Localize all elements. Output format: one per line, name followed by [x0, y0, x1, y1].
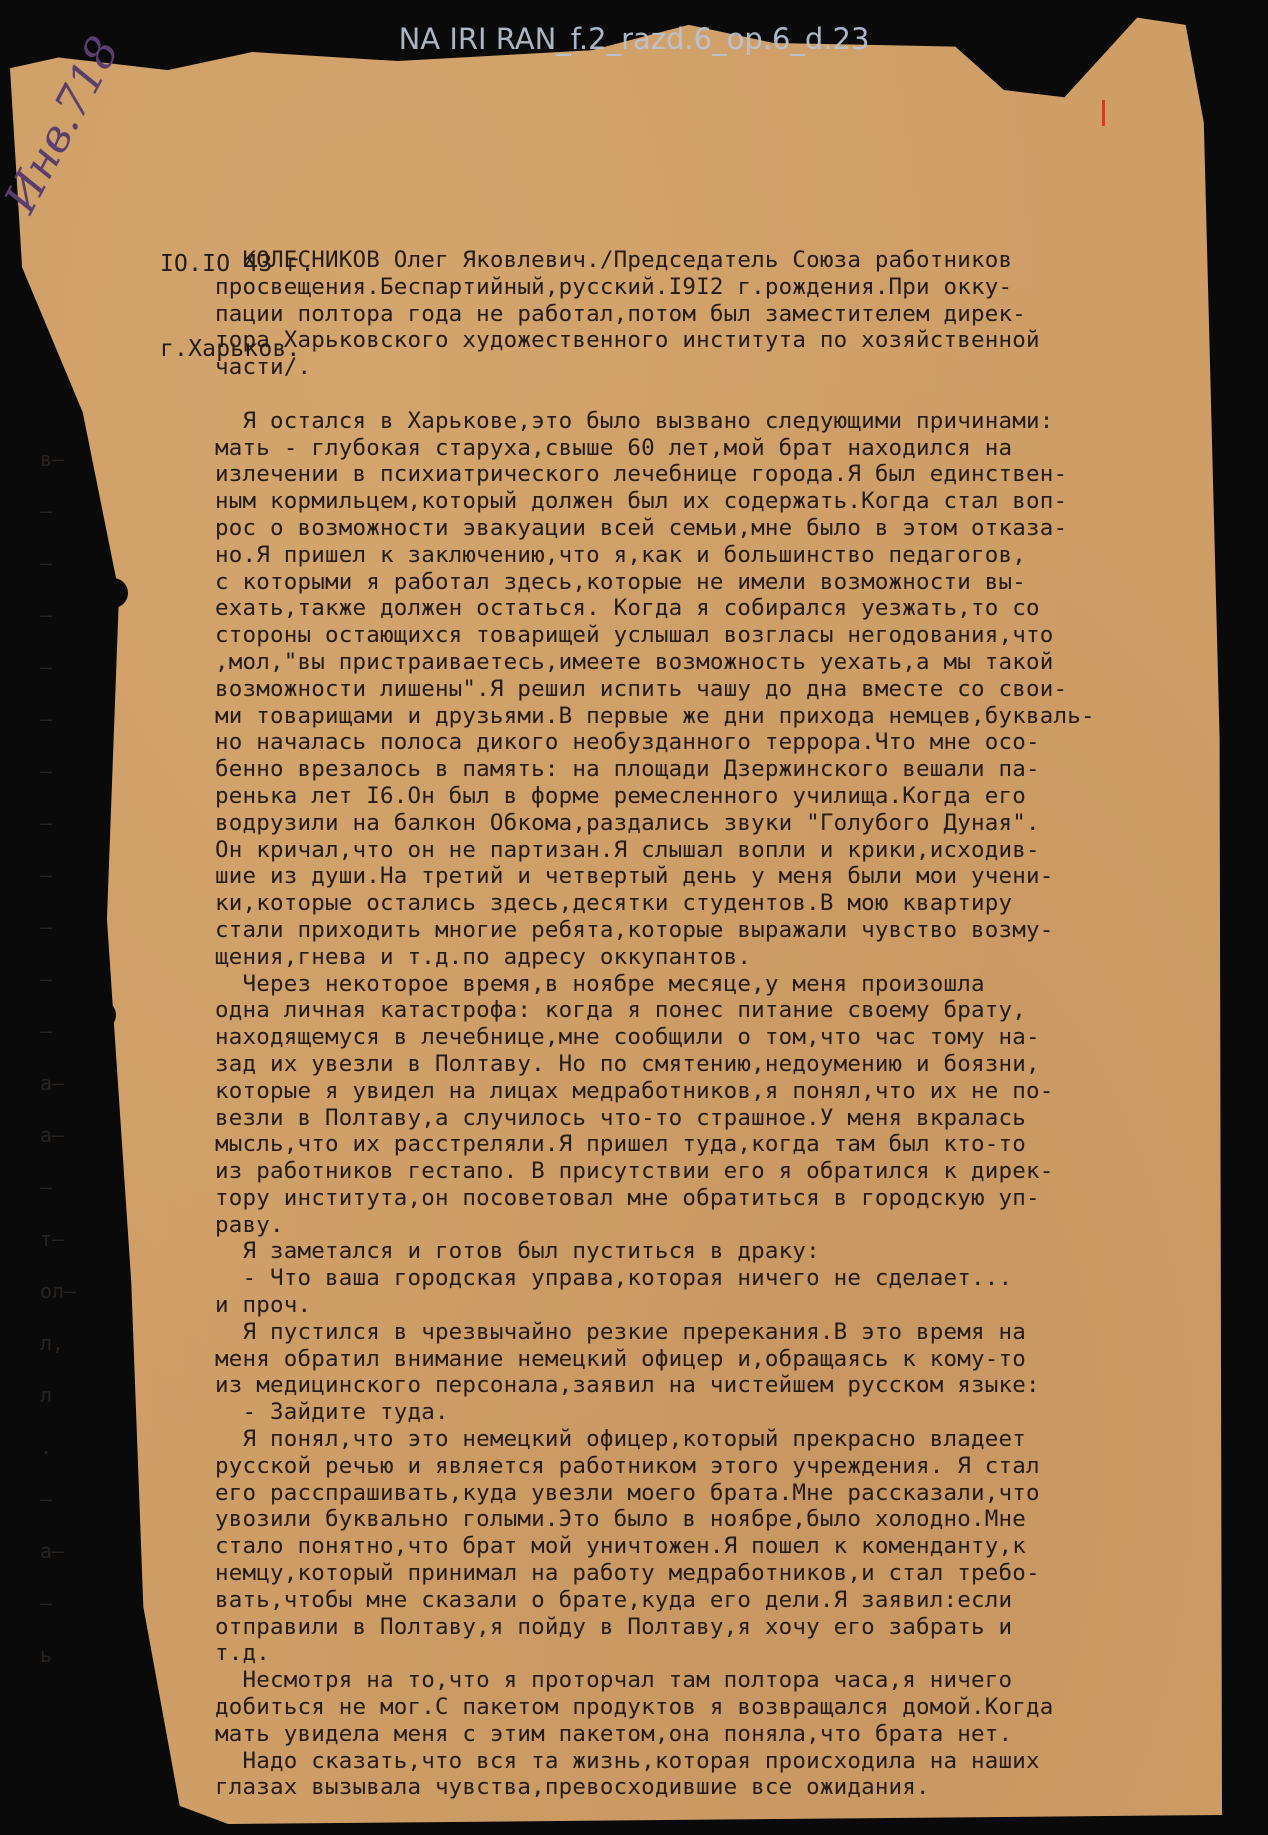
- text-line: его расспрашивать,куда увезли моего брат…: [215, 1480, 1095, 1507]
- text-line: т.д.: [215, 1640, 1095, 1667]
- margin-fragment: –: [40, 1017, 70, 1069]
- margin-fragment: –: [40, 549, 70, 601]
- left-margin-fragments: в––––––––––––а–а––т–ол–л,л.–а––ь: [40, 445, 70, 1795]
- punch-hole-top: [98, 578, 128, 608]
- archive-stamp: NA IRI RAN_f.2_razd.6_op.6_d.23: [0, 22, 1268, 56]
- text-line: Я понял,что это немецкий офицер,который …: [215, 1426, 1095, 1453]
- text-line: из медицинского персонала,заявил на чист…: [215, 1372, 1095, 1399]
- margin-fragment: т–: [40, 1225, 70, 1277]
- text-line: тора Харьковского художественного инстит…: [215, 327, 1095, 354]
- document-body: КОЛЕСНИКОВ Олег Яковлевич./Председатель …: [215, 247, 1095, 1801]
- text-line: излечении в психиатрического лечебнице г…: [215, 461, 1095, 488]
- text-line: ,мол,"вы пристраиваетесь,имеете возможно…: [215, 649, 1095, 676]
- text-line: мать увидела меня с этим пакетом,она пон…: [215, 1721, 1095, 1748]
- text-line: бенно врезалось в память: на площади Дзе…: [215, 756, 1095, 783]
- text-line: Несмотря на то,что я проторчал там полто…: [215, 1667, 1095, 1694]
- text-line: но.Я пришел к заключению,что я,как и бол…: [215, 542, 1095, 569]
- text-line: вать,чтобы мне сказали о брате,куда его …: [215, 1587, 1095, 1614]
- text-line: раву.: [215, 1212, 1095, 1239]
- text-line: ехать,также должен остаться. Когда я соб…: [215, 595, 1095, 622]
- text-line: и проч.: [215, 1292, 1095, 1319]
- text-line: ным кормильцем,который должен был их сод…: [215, 488, 1095, 515]
- margin-fragment: а–: [40, 1121, 70, 1173]
- text-line: пации полтора года не работал,потом был …: [215, 301, 1095, 328]
- margin-fragment: ол–: [40, 1277, 70, 1329]
- text-line: просвещения.Беспартийный,русский.I9I2 г.…: [215, 274, 1095, 301]
- text-line: мать - глубокая старуха,свыше 60 лет,мой…: [215, 435, 1095, 462]
- text-line: с которыми я работал здесь,которые не им…: [215, 569, 1095, 596]
- text-line: Я остался в Харькове,это было вызвано сл…: [215, 408, 1095, 435]
- text-line: отправили в Полтаву,я пойду в Полтаву,я …: [215, 1614, 1095, 1641]
- margin-fragment: л,: [40, 1329, 70, 1381]
- text-line: ки,которые остались здесь,десятки студен…: [215, 890, 1095, 917]
- margin-fragment: а–: [40, 1069, 70, 1121]
- text-line: меня обратил внимание немецкий офицер и,…: [215, 1346, 1095, 1373]
- margin-fragment: –: [40, 653, 70, 705]
- margin-fragment: –: [40, 1589, 70, 1641]
- text-line: ренька лет I6.Он был в форме ремесленног…: [215, 783, 1095, 810]
- text-line: ми товарищами и друзьями.В первые же дни…: [215, 703, 1095, 730]
- margin-fragment: л: [40, 1381, 70, 1433]
- punch-hole-bottom: [86, 1000, 116, 1030]
- text-line: одна личная катастрофа: когда я понес пи…: [215, 997, 1095, 1024]
- text-line: Я пустился в чрезвычайно резкие пререкан…: [215, 1319, 1095, 1346]
- text-line: мысль,что их расстреляли.Я пришел туда,к…: [215, 1131, 1095, 1158]
- text-line: стало понятно,что брат мой уничтожен.Я п…: [215, 1533, 1095, 1560]
- text-line: немцу,который принимал на работу медрабо…: [215, 1560, 1095, 1587]
- text-line: стали приходить многие ребята,которые вы…: [215, 917, 1095, 944]
- margin-fragment: в–: [40, 445, 70, 497]
- margin-fragment: –: [40, 757, 70, 809]
- text-line: рос о возможности эвакуации всей семьи,м…: [215, 515, 1095, 542]
- text-line: [215, 381, 1095, 408]
- margin-fragment: ь: [40, 1641, 70, 1693]
- margin-fragment: –: [40, 705, 70, 757]
- text-line: добиться не мог.С пакетом продуктов я во…: [215, 1694, 1095, 1721]
- margin-fragment: –: [40, 497, 70, 549]
- text-line: но началась полоса дикого необузданного …: [215, 729, 1095, 756]
- text-line: шие из души.На третий и четвертый день у…: [215, 863, 1095, 890]
- text-line: Он кричал,что он не партизан.Я слышал во…: [215, 837, 1095, 864]
- text-line: водрузили на балкон Обкома,раздались зву…: [215, 810, 1095, 837]
- text-line: части/.: [215, 354, 1095, 381]
- text-line: везли в Полтаву,а случилось что-то страш…: [215, 1105, 1095, 1132]
- text-line: - Зайдите туда.: [215, 1399, 1095, 1426]
- text-line: Я заметался и готов был пуститься в драк…: [215, 1238, 1095, 1265]
- text-line: тору института,он посоветовал мне обрати…: [215, 1185, 1095, 1212]
- margin-fragment: –: [40, 809, 70, 861]
- text-line: находящемуся в лечебнице,мне сообщили о …: [215, 1024, 1095, 1051]
- text-line: - Что ваша городская управа,которая ниче…: [215, 1265, 1095, 1292]
- text-line: КОЛЕСНИКОВ Олег Яковлевич./Председатель …: [215, 247, 1095, 274]
- text-line: возможности лишены".Я решил испить чашу …: [215, 676, 1095, 703]
- text-line: щения,гнева и т.д.по адресу оккупантов.: [215, 944, 1095, 971]
- text-line: увозили буквально голыми.Это было в нояб…: [215, 1506, 1095, 1533]
- margin-fragment: –: [40, 1173, 70, 1225]
- text-line: которые я увидел на лицах медработников,…: [215, 1078, 1095, 1105]
- margin-fragment: –: [40, 1485, 70, 1537]
- margin-fragment: –: [40, 965, 70, 1017]
- red-pencil-mark: [1102, 100, 1105, 126]
- margin-fragment: а–: [40, 1537, 70, 1589]
- margin-fragment: .: [40, 1433, 70, 1485]
- text-line: зад их увезли в Полтаву. Но по смятению,…: [215, 1051, 1095, 1078]
- text-line: русской речью и является работником этог…: [215, 1453, 1095, 1480]
- text-line: Через некоторое время,в ноябре месяце,у …: [215, 971, 1095, 998]
- text-line: Надо сказать,что вся та жизнь,которая пр…: [215, 1748, 1095, 1775]
- margin-fragment: –: [40, 861, 70, 913]
- text-line: из работников гестапо. В присутствии его…: [215, 1158, 1095, 1185]
- text-line: стороны остающихся товарищей услышал воз…: [215, 622, 1095, 649]
- margin-fragment: –: [40, 913, 70, 965]
- margin-fragment: –: [40, 601, 70, 653]
- text-line: глазах вызывала чувства,превосходившие в…: [215, 1774, 1095, 1801]
